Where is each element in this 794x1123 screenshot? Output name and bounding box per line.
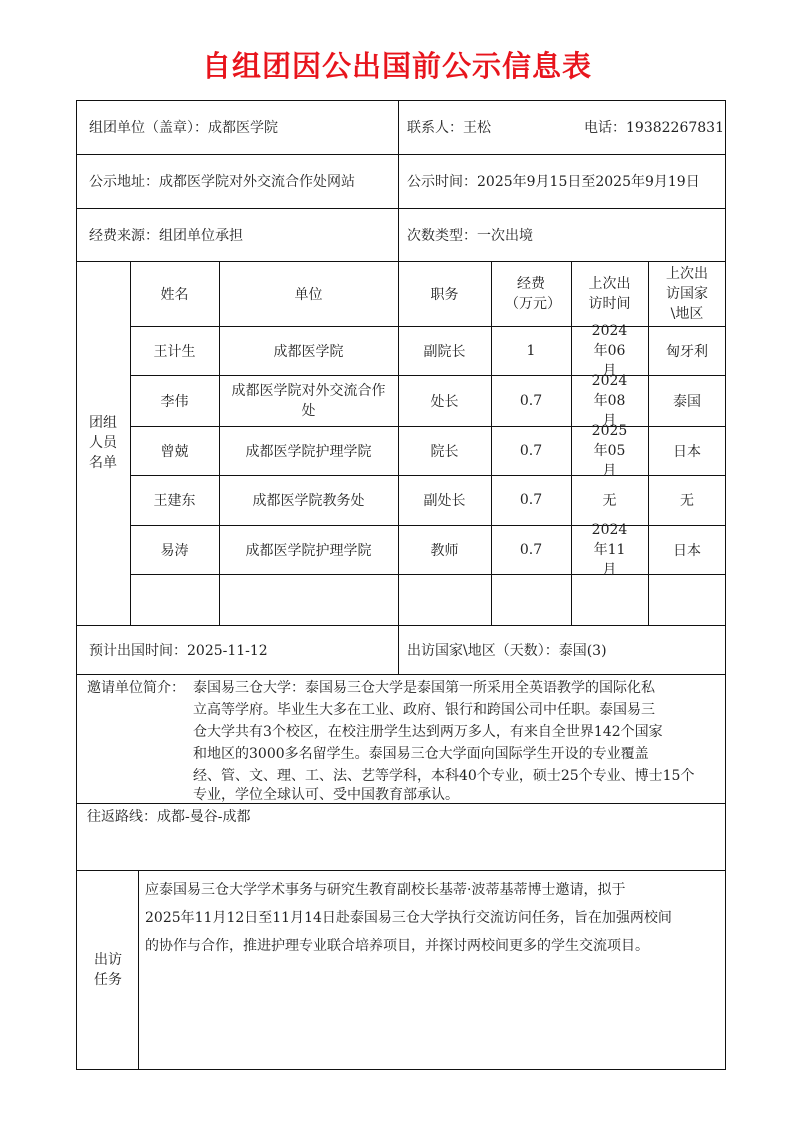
member-position: 教师 [398,525,491,574]
header-last-time: 上次出访时间 [571,261,648,326]
member-fee: 0.7 [491,426,571,475]
header-fee: 经费（万元） [491,261,571,326]
member-last-time: 2025年05月 [571,426,648,475]
inviter-line: 立高等学府。毕业生大多在工业、政府、银行和跨国公司中任职。泰国易三 [193,699,655,721]
task-line: 2025年11月12日至11月14日赴泰国易三仓大学执行交流访问任务，旨在加强两… [145,904,672,932]
member-unit: 成都医学院教务处 [219,475,398,525]
page-title: 自组团因公出国前公示信息表 [0,44,794,85]
member-name: 曾兢 [130,426,219,475]
funding-source: 经费来源：组团单位承担 [76,208,398,261]
member-unit: 成都医学院 [219,326,398,375]
member-unit: 成都医学院护理学院 [219,525,398,574]
inviter-line: 仓大学共有3个校区，在校注册学生达到两万多人，有来自全世界142个国家 [193,721,663,743]
destination-days: 出访国家\地区（天数）：泰国(3) [398,625,726,674]
member-name: 王计生 [130,326,219,375]
members-section-label: 团组人员名单 [80,261,126,625]
inviter-line: 专业，学位全球认可、受中国教育部承认。 [193,787,459,803]
member-position: 副院长 [398,326,491,375]
member-last-country: 无 [648,475,726,525]
round-trip-route: 往返路线：成都-曼谷-成都 [87,806,250,828]
member-last-country: 日本 [648,426,726,475]
task-line: 的协作与合作，推进护理专业联合培养项目，并探讨两校间更多的学生交流项目。 [145,932,649,960]
member-position: 院长 [398,426,491,475]
member-position: 处长 [398,375,491,426]
inviter-line: 经、管、文、理、工、法、艺等学科，本科40个专业，硕士25个专业、博士15个 [193,765,694,787]
member-position: 副处长 [398,475,491,525]
header-last-country: 上次出访国家\地区 [648,261,726,326]
member-fee: 0.7 [491,475,571,525]
member-fee: 0.7 [491,525,571,574]
member-last-time: 2024年06月 [571,326,648,375]
member-last-time: 2024年08月 [571,375,648,426]
contact-person: 联系人：王松 [398,100,568,154]
member-unit: 成都医学院对外交流合作处 [219,375,398,426]
organizer-unit: 组团单位（盖章）：成都医学院 [76,100,398,154]
member-last-time: 2024年11月 [571,525,648,574]
task-label: 出访任务 [80,870,136,1070]
task-line: 应泰国易三仓大学学术事务与研究生教育副校长基蒂·波蒂基蒂博士邀请，拟于 [145,876,625,904]
header-name: 姓名 [130,261,219,326]
member-unit: 成都医学院护理学院 [219,426,398,475]
publicity-period: 公示时间：2025年9月15日至2025年9月19日 [398,154,726,208]
member-fee: 0.7 [491,375,571,426]
publicity-address: 公示地址：成都医学院对外交流合作处网站 [76,154,398,208]
member-last-country: 日本 [648,525,726,574]
contact-phone: 电话：19382267831 [584,100,726,154]
inviter-label: 邀请单位简介： [87,677,185,699]
member-fee: 1 [491,326,571,375]
planned-departure-date: 预计出国时间：2025-11-12 [76,625,398,674]
trip-type: 次数类型：一次出境 [398,208,726,261]
member-name: 易涛 [130,525,219,574]
inviter-line: 和地区的3000多名留学生。泰国易三仓大学面向国际学生开设的专业覆盖 [193,743,649,765]
header-position: 职务 [398,261,491,326]
header-unit: 单位 [219,261,398,326]
inviter-line: 泰国易三仓大学：泰国易三仓大学是泰国第一所采用全英语教学的国际化私 [193,677,655,699]
member-last-country: 泰国 [648,375,726,426]
member-name: 王建东 [130,475,219,525]
member-name: 李伟 [130,375,219,426]
member-last-time: 无 [571,475,648,525]
member-last-country: 匈牙利 [648,326,726,375]
